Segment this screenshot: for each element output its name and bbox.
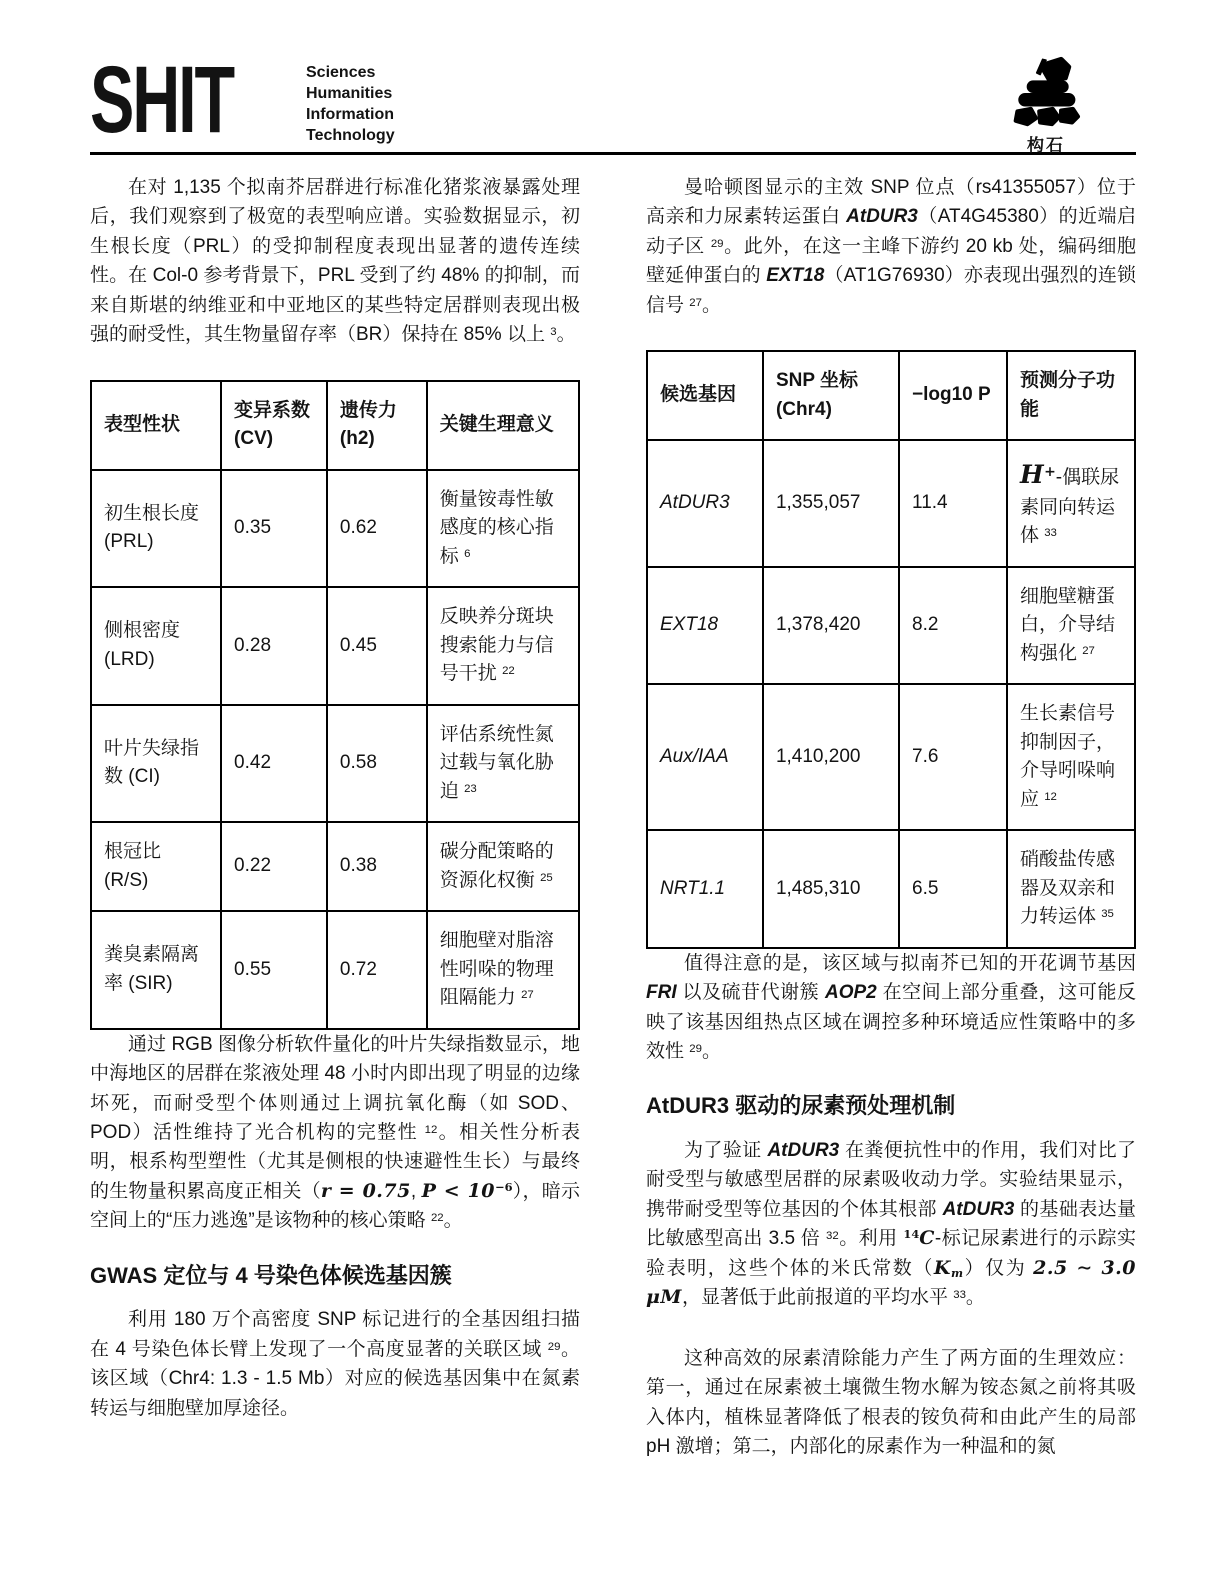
text-run: 0.72 [340,959,377,980]
table-cell: 0.58 [327,705,427,823]
text-run: 。 [557,324,576,345]
text-run: 。 [444,1210,463,1231]
column-header: 预测分子功能 [1007,351,1135,440]
reference-superscript: 22 [502,665,515,677]
table-cell: 根冠比 (R/S) [91,822,221,911]
reference-superscript: 25 [540,872,553,884]
table-cell: 衡量铵毒性敏感度的核心指标 6 [427,470,579,588]
text-run: 评估系统性氮过载与氧化胁迫 [440,724,554,802]
text-run: 初生根长度 (PRL) [104,503,199,553]
text-run: AtDUR3 [943,1199,1015,1220]
text-run: AtDUR3 [767,1140,839,1161]
text-run: 0.35 [234,517,271,538]
column-header: −log10 P [899,351,1007,440]
reference-superscript: 29 [548,1341,561,1353]
reference-superscript: 22 [431,1212,444,1224]
text-run: 0.38 [340,855,377,876]
reference-superscript: 29 [689,1043,702,1055]
text-run: 为了验证 [684,1140,767,1161]
section-heading-gwas: GWAS 定位与 4 号染色体候选基因簇 [90,1262,580,1291]
reference-superscript: 27 [689,297,702,309]
table-cell: 初生根长度 (PRL) [91,470,221,588]
text-run: 碳分配策略的资源化权衡 [440,841,554,891]
column-header: 变异系数 (CV) [221,381,327,470]
text-run: 粪臭素隔离率 (SIR) [104,944,199,994]
page: SHIT Sciences Humanities Information Tec… [0,0,1224,1584]
candidate-gene-table: 候选基因SNP 坐标 (Chr4)−log10 P预测分子功能AtDUR31,3… [646,350,1136,949]
header-rule [90,152,1136,155]
reference-superscript: 12 [1044,791,1057,803]
reference-superscript: 35 [1101,908,1114,920]
text-run: 这种高效的尿素清除能力产生了两方面的生理效应：第一，通过在尿素被土壤微生物水解为… [646,1348,1136,1457]
text-run: 7.6 [912,746,938,767]
table-cell: 0.55 [221,911,327,1029]
paragraph-chlorosis-analysis: 通过 RGB 图像分析软件量化的叶片失绿指数显示，地中海地区的居群在浆液处理 4… [90,1030,580,1236]
text-run: AtDUR3 [846,206,918,227]
column-header: SNP 坐标 (Chr4) [763,351,899,440]
table-row: 粪臭素隔离率 (SIR)0.550.72细胞壁对脂溶性吲哚的物理阻隔能力 27 [91,911,579,1029]
text-run: H [1020,460,1044,489]
left-column: 在对 1,135 个拟南芥居群进行标准化猪浆液暴露处理后，我们观察到了极宽的表型… [90,173,580,1461]
text-run: 。 [702,295,721,316]
text-run: 6.5 [912,878,938,899]
text-run: 在对 1,135 个拟南芥居群进行标准化猪浆液暴露处理后，我们观察到了极宽的表型… [90,177,580,345]
text-run: 叶片失绿指数 (CI) [104,738,199,788]
journal-logo: SHIT [90,60,290,142]
text-run: EXT18 [766,265,824,286]
text-run: 细胞壁对脂溶性吲哚的物理阻隔能力 [440,930,554,1008]
paragraph-region-overlap: 值得注意的是，该区域与拟南芥已知的开花调节基因 FRI 以及硫苷代谢簇 AOP2… [646,949,1136,1067]
journal-brand: SHIT Sciences Humanities Information Tec… [90,56,395,146]
masthead: SHIT Sciences Humanities Information Tec… [90,56,1136,144]
text-run: 11.4 [912,492,948,513]
text-run: ）仅为 [963,1258,1033,1279]
text-run: K [934,1257,951,1279]
table-cell: 0.72 [327,911,427,1029]
reference-superscript: 32 [826,1230,839,1242]
text-run: 8.2 [912,614,938,635]
table-cell: 0.45 [327,587,427,705]
text-run: 0.45 [340,635,377,656]
text-run: 。 [966,1287,985,1308]
table-cell: 硝酸盐传感器及双亲和力转运体 35 [1007,830,1135,948]
table-cell: 11.4 [899,440,1007,567]
text-run: FRI [646,982,677,1003]
table-cell: 0.22 [221,822,327,911]
phenotype-table: 表型性状变异系数 (CV)遗传力 (h2)关键生理意义初生根长度 (PRL)0.… [90,380,580,1030]
table-row: EXT181,378,4208.2细胞壁糖蛋白，介导结构强化 27 [647,567,1135,685]
table-cell: 1,378,420 [763,567,899,685]
table-cell: 1,485,310 [763,830,899,948]
table-cell: 0.62 [327,470,427,588]
text-run: 反映养分斑块搜索能力与信号干扰 [440,606,554,684]
text-run: ，显著低于此前报道的平均水平 [682,1287,953,1308]
table-cell: 细胞壁对脂溶性吲哚的物理阻隔能力 27 [427,911,579,1029]
table-row: 初生根长度 (PRL)0.350.62衡量铵毒性敏感度的核心指标 6 [91,470,579,588]
table-cell: Aux/IAA [647,684,763,830]
table-row: 侧根密度 (LRD)0.280.45反映养分斑块搜索能力与信号干扰 22 [91,587,579,705]
reference-superscript: 33 [1044,527,1057,539]
right-column: 曼哈顿图显示的主效 SNP 位点（rs41355057）位于高亲和力尿素转运蛋白… [646,173,1136,1461]
text-run: P < 10 [422,1180,495,1202]
table-cell: 0.38 [327,822,427,911]
table-cell: 6.5 [899,830,1007,948]
reference-superscript: 3 [550,326,556,338]
table-cell: AtDUR3 [647,440,763,567]
table-header-row: 表型性状变异系数 (CV)遗传力 (h2)关键生理意义 [91,381,579,470]
text-run: + [1044,464,1056,480]
text-run: 0.62 [340,517,377,538]
subtitle-line: Sciences [306,62,395,83]
reference-superscript: 33 [953,1289,966,1301]
paragraph-manhattan-snp: 曼哈顿图显示的主效 SNP 位点（rs41355057）位于高亲和力尿素转运蛋白… [646,173,1136,320]
table-row: Aux/IAA1,410,2007.6生长素信号抑制因子，介导吲哚响应 12 [647,684,1135,830]
table-row: 根冠比 (R/S)0.220.38碳分配策略的资源化权衡 25 [91,822,579,911]
text-run: AOP2 [825,982,877,1003]
paragraph-phenotype-overview: 在对 1,135 个拟南芥居群进行标准化猪浆液暴露处理后，我们观察到了极宽的表型… [90,173,580,350]
article-body: 在对 1,135 个拟南芥居群进行标准化猪浆液暴露处理后，我们观察到了极宽的表型… [90,173,1136,1461]
table-cell: 碳分配策略的资源化权衡 25 [427,822,579,911]
table-cell: 7.6 [899,684,1007,830]
paragraph-gwas-scan: 利用 180 万个高密度 SNP 标记进行的全基因组扫描在 4 号染色体长臂上发… [90,1305,580,1423]
paragraph-physiological-effects: 这种高效的尿素清除能力产生了两方面的生理效应：第一，通过在尿素被土壤微生物水解为… [646,1344,1136,1462]
table-cell: 8.2 [899,567,1007,685]
table-cell: 细胞壁糖蛋白，介导结构强化 27 [1007,567,1135,685]
table-cell: 粪臭素隔离率 (SIR) [91,911,221,1029]
text-run: 1,410,200 [776,746,861,767]
table-cell: 1,355,057 [763,440,899,567]
text-run: 根冠比 (R/S) [104,841,161,891]
text-run: 生长素信号抑制因子，介导吲哚响应 [1020,703,1115,810]
publisher-name: 构石 [1027,131,1065,156]
column-header: 关键生理意义 [427,381,579,470]
text-run: 。利用 [839,1228,904,1249]
table-row: AtDUR31,355,05711.4H+-偶联尿素同向转运体 33 [647,440,1135,567]
paragraph-urea-uptake: 为了验证 AtDUR3 在粪便抗性中的作用，我们对比了耐受型与敏感型居群的尿素吸… [646,1136,1136,1313]
text-run: −6 [495,1180,512,1194]
reference-superscript: 12 [425,1124,438,1136]
table-cell: 0.28 [221,587,327,705]
text-run: 14 [903,1227,919,1241]
reference-superscript: 23 [464,783,477,795]
text-run: m [951,1266,963,1280]
publisher-mark: 构石 [1004,56,1088,156]
table-cell: 0.42 [221,705,327,823]
text-run: 值得注意的是，该区域与拟南芥已知的开花调节基因 [684,953,1136,974]
table-cell: H+-偶联尿素同向转运体 33 [1007,440,1135,567]
text-run: 1,485,310 [776,878,861,899]
table-cell: 评估系统性氮过载与氧化胁迫 23 [427,705,579,823]
column-header: 遗传力 (h2) [327,381,427,470]
reference-superscript: 6 [464,548,470,560]
table-cell: 1,410,200 [763,684,899,830]
subtitle-line: Humanities [306,83,395,104]
text-run: 1,378,420 [776,614,861,635]
table-cell: 生长素信号抑制因子，介导吲哚响应 12 [1007,684,1135,830]
journal-subtitle: Sciences Humanities Information Technolo… [306,56,395,146]
column-header: 候选基因 [647,351,763,440]
text-run: 。 [702,1041,721,1062]
table-cell: 侧根密度 (LRD) [91,587,221,705]
table-row: NRT1.11,485,3106.5硝酸盐传感器及双亲和力转运体 35 [647,830,1135,948]
text-run: 细胞壁糖蛋白，介导结构强化 [1020,586,1115,664]
table-header-row: 候选基因SNP 坐标 (Chr4)−log10 P预测分子功能 [647,351,1135,440]
text-run: 利用 180 万个高密度 SNP 标记进行的全基因组扫描在 4 号染色体长臂上发… [90,1309,580,1359]
text-run: 衡量铵毒性敏感度的核心指标 [440,489,554,567]
text-run: 以及硫苷代谢簇 [677,982,825,1003]
text-run: , [411,1181,422,1202]
text-run: 0.58 [340,752,377,773]
table-cell: 反映养分斑块搜索能力与信号干扰 22 [427,587,579,705]
journal-logo-text: SHIT [90,60,230,140]
text-run: 0.42 [234,752,271,773]
reference-superscript: 27 [521,989,534,1001]
reference-superscript: 29 [711,238,724,250]
text-run: 1,355,057 [776,492,861,513]
text-run: 0.28 [234,635,271,656]
text-run: 0.22 [234,855,271,876]
reference-superscript: 27 [1082,645,1095,657]
text-run: Aux/IAA [660,746,729,767]
table-row: 叶片失绿指数 (CI)0.420.58评估系统性氮过载与氧化胁迫 23 [91,705,579,823]
text-run: NRT1.1 [660,878,725,899]
text-run: AtDUR3 [660,492,730,513]
subtitle-line: Information [306,104,395,125]
text-run: r = 0.75 [321,1180,411,1202]
table-cell: NRT1.1 [647,830,763,948]
table-cell: 0.35 [221,470,327,588]
column-header: 表型性状 [91,381,221,470]
text-run: 侧根密度 (LRD) [104,620,180,670]
section-heading-atdur3: AtDUR3 驱动的尿素预处理机制 [646,1092,1136,1121]
text-run: C [919,1227,935,1249]
subtitle-line: Technology [306,125,395,146]
table-cell: 叶片失绿指数 (CI) [91,705,221,823]
rock-pile-icon [1004,56,1088,130]
text-run: EXT18 [660,614,718,635]
table-cell: EXT18 [647,567,763,685]
text-run: 0.55 [234,959,271,980]
